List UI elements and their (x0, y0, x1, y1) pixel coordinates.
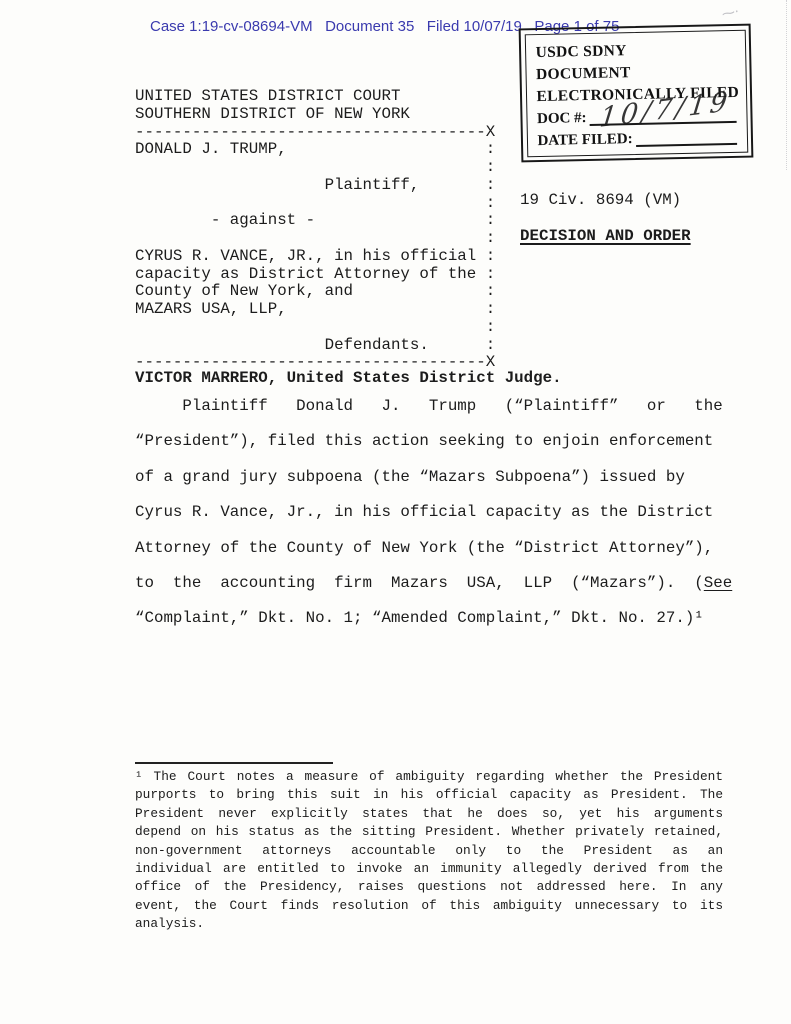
footnote-line: office of the Presidency, raises questio… (135, 878, 723, 896)
civil-docket-number: 19 Civ. 8694 (VM) (520, 192, 681, 210)
caption-line: : (135, 319, 495, 337)
scan-artifact-mark: ⁓· (721, 5, 740, 23)
body-line: Cyrus R. Vance, Jr., in his official cap… (135, 495, 732, 530)
caption-line: : (135, 230, 495, 248)
caption-line: County of New York, and : (135, 283, 495, 301)
footnote-1: ¹ The Court notes a measure of ambiguity… (135, 768, 723, 934)
footnote-line: individual are entitled to invoke an imm… (135, 860, 723, 878)
body-text-segment: Plaintiff Donald J. Trump (“Plaintiff” o… (135, 397, 723, 415)
footnote-line: President never explicitly states that h… (135, 805, 723, 823)
judge-byline: VICTOR MARRERO, United States District J… (135, 370, 562, 388)
footnote-line: non-government attorneys accountable onl… (135, 842, 723, 860)
caption-line: UNITED STATES DISTRICT COURT (135, 88, 495, 106)
efiling-stamp-inner-border: USDC SDNY DOCUMENT ELECTRONICALLY FILED … (524, 29, 748, 157)
body-line: Plaintiff Donald J. Trump (“Plaintiff” o… (135, 389, 732, 424)
case-caption: UNITED STATES DISTRICT COURTSOUTHERN DIS… (135, 88, 495, 372)
court-document-page: Case 1:19-cv-08694-VM Document 35 Filed … (0, 0, 791, 1024)
efiling-stamp: USDC SDNY DOCUMENT ELECTRONICALLY FILED … (519, 24, 754, 163)
footnote-line: depend on his status as the sitting Pres… (135, 823, 723, 841)
caption-line: Plaintiff, : (135, 177, 495, 195)
stamp-date-filed-blank-line (635, 128, 736, 146)
underlined-see-citation: See (704, 574, 732, 592)
caption-line: DONALD J. TRUMP, : (135, 141, 495, 159)
footnote-line: event, the Court finds resolution of thi… (135, 897, 723, 915)
footnote-separator-rule (135, 762, 333, 764)
body-text-segment: Cyrus R. Vance, Jr., in his official cap… (135, 503, 713, 521)
scan-edge-line (786, 0, 787, 170)
body-text-segment: “President”), filed this action seeking … (135, 432, 713, 450)
footnote-line: ¹ The Court notes a measure of ambiguity… (135, 768, 723, 786)
caption-line: : (135, 195, 495, 213)
body-text-segment: “Complaint,” Dkt. No. 1; “Amended Compla… (135, 609, 704, 627)
footnote-line: purports to bring this suit in his offic… (135, 786, 723, 804)
body-line: “Complaint,” Dkt. No. 1; “Amended Compla… (135, 601, 732, 636)
caption-line: SOUTHERN DISTRICT OF NEW YORK (135, 106, 495, 124)
body-text-segment: Attorney of the County of New York (the … (135, 539, 713, 557)
body-line: of a grand jury subpoena (the “Mazars Su… (135, 460, 732, 495)
caption-line: Defendants. : (135, 337, 495, 355)
decision-and-order-title: DECISION AND ORDER (520, 228, 691, 246)
caption-line: -------------------------------------X (135, 124, 495, 142)
opinion-body-paragraph: Plaintiff Donald J. Trump (“Plaintiff” o… (135, 389, 732, 637)
caption-line: - against - : (135, 212, 495, 230)
body-line: to the accounting firm Mazars USA, LLP (… (135, 566, 732, 601)
caption-line: CYRUS R. VANCE, JR., in his official : (135, 248, 495, 266)
body-text-segment: of a grand jury subpoena (the “Mazars Su… (135, 468, 685, 486)
body-line: “President”), filed this action seeking … (135, 424, 732, 459)
stamp-date-filed-row: DATE FILED: (537, 125, 738, 151)
caption-line: MAZARS USA, LLP, : (135, 301, 495, 319)
body-line: Attorney of the County of New York (the … (135, 531, 732, 566)
footnote-line: analysis. (135, 915, 723, 933)
body-text-segment: to the accounting firm Mazars USA, LLP (… (135, 574, 704, 592)
stamp-doc-number-label: DOC #: (537, 107, 587, 130)
caption-line: : (135, 159, 495, 177)
caption-line: capacity as District Attorney of the : (135, 266, 495, 284)
